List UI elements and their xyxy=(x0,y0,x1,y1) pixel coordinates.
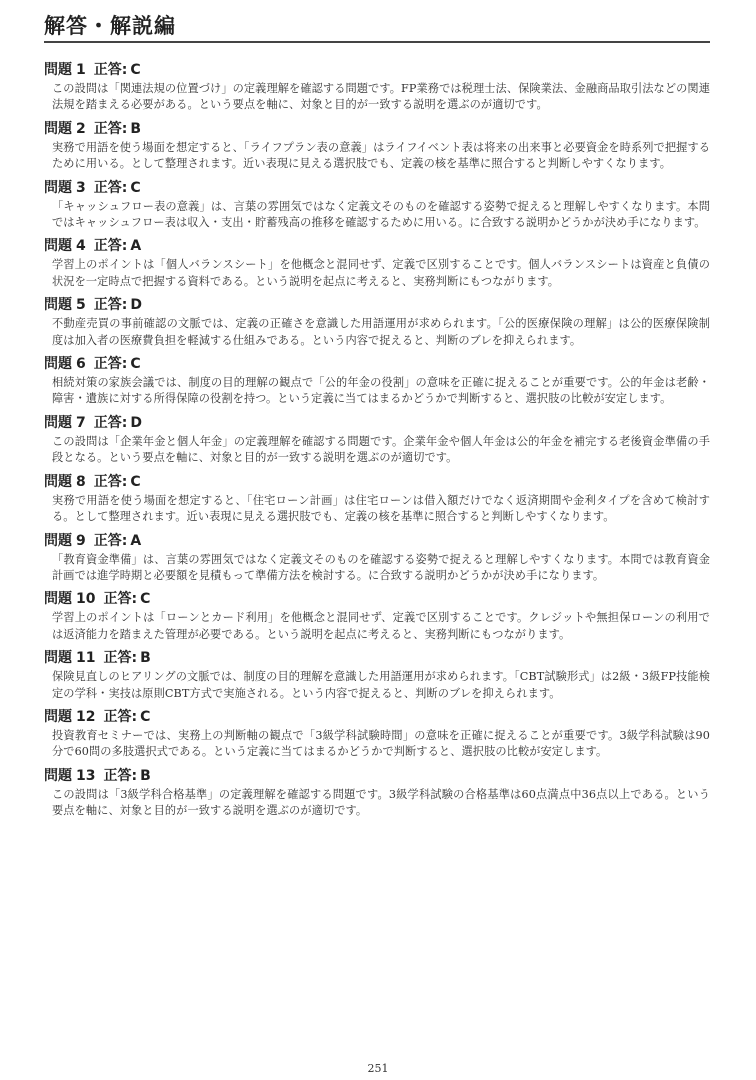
explanation-text: 保険見直しのヒアリングの文脈では、制度の目的理解を意識した用語運用が求められます… xyxy=(52,669,710,702)
title-divider xyxy=(44,41,710,43)
answer-item: 問題4正答:A学習上のポイントは「個人バランスシート」を他概念と混同せず、定義で… xyxy=(44,237,710,290)
question-label: 問題 xyxy=(44,297,72,313)
answer-item: 問題13正答:Bこの設問は「3級学科合格基準」の定義理解を確認する問題です。3級… xyxy=(44,767,710,820)
question-label: 問題 xyxy=(44,533,72,549)
explanation-text: 相続対策の家族会議では、制度の目的理解の観点で「公的年金の役割」の意味を正確に捉… xyxy=(52,375,710,408)
correct-answer: B xyxy=(130,121,141,137)
answer-label: 正答: xyxy=(94,415,128,431)
answer-item: 問題6正答:C相続対策の家族会議では、制度の目的理解の観点で「公的年金の役割」の… xyxy=(44,355,710,408)
answer-heading: 問題3正答:C xyxy=(44,179,710,197)
explanation-text: 「キャッシュフロー表の意義」は、言葉の雰囲気ではなく定義文そのものを確認する姿勢… xyxy=(52,199,710,232)
answer-item: 問題11正答:B保険見直しのヒアリングの文脈では、制度の目的理解を意識した用語運… xyxy=(44,649,710,702)
page-number: 251 xyxy=(0,1062,756,1075)
explanation-text: 不動産売買の事前確認の文脈では、定義の正確さを意識した用語運用が求められます。「… xyxy=(52,316,710,349)
question-number: 12 xyxy=(76,709,95,725)
question-number: 8 xyxy=(76,474,86,490)
question-number: 11 xyxy=(76,650,95,666)
answer-label: 正答: xyxy=(94,356,128,372)
answer-item: 問題3正答:C「キャッシュフロー表の意義」は、言葉の雰囲気ではなく定義文そのもの… xyxy=(44,179,710,232)
explanation-text: 投資教育セミナーでは、実務上の判断軸の観点で「3級学科試験時間」の意味を正確に捉… xyxy=(52,728,710,761)
answer-heading: 問題6正答:C xyxy=(44,355,710,373)
question-label: 問題 xyxy=(44,238,72,254)
question-number: 3 xyxy=(76,180,86,196)
question-label: 問題 xyxy=(44,180,72,196)
answer-heading: 問題13正答:B xyxy=(44,767,710,785)
correct-answer: D xyxy=(130,415,142,431)
correct-answer: C xyxy=(130,62,140,78)
question-label: 問題 xyxy=(44,474,72,490)
answer-heading: 問題10正答:C xyxy=(44,590,710,608)
answer-item: 問題10正答:C学習上のポイントは「ローンとカード利用」を他概念と混同せず、定義… xyxy=(44,590,710,643)
answer-heading: 問題12正答:C xyxy=(44,708,710,726)
correct-answer: C xyxy=(140,591,150,607)
explanation-text: 実務で用語を使う場面を想定すると、「ライフプラン表の意義」はライフイベント表は将… xyxy=(52,140,710,173)
question-label: 問題 xyxy=(44,62,72,78)
question-number: 9 xyxy=(76,533,86,549)
answer-heading: 問題11正答:B xyxy=(44,649,710,667)
question-number: 10 xyxy=(76,591,95,607)
explanation-text: 学習上のポイントは「個人バランスシート」を他概念と混同せず、定義で区別することで… xyxy=(52,257,710,290)
explanation-text: 学習上のポイントは「ローンとカード利用」を他概念と混同せず、定義で区別することで… xyxy=(52,610,710,643)
answer-label: 正答: xyxy=(94,62,128,78)
question-label: 問題 xyxy=(44,121,72,137)
correct-answer: D xyxy=(130,297,142,313)
question-label: 問題 xyxy=(44,415,72,431)
question-label: 問題 xyxy=(44,709,72,725)
question-number: 6 xyxy=(76,356,86,372)
question-number: 1 xyxy=(76,62,86,78)
question-label: 問題 xyxy=(44,650,72,666)
answer-label: 正答: xyxy=(103,709,137,725)
answer-item: 問題5正答:D不動産売買の事前確認の文脈では、定義の正確さを意識した用語運用が求… xyxy=(44,296,710,349)
answer-label: 正答: xyxy=(94,297,128,313)
explanation-text: 実務で用語を使う場面を想定すると、「住宅ローン計画」は住宅ローンは借入額だけでな… xyxy=(52,493,710,526)
answer-heading: 問題4正答:A xyxy=(44,237,710,255)
question-number: 5 xyxy=(76,297,86,313)
correct-answer: A xyxy=(130,533,141,549)
correct-answer: C xyxy=(140,709,150,725)
answer-heading: 問題2正答:B xyxy=(44,120,710,138)
answer-heading: 問題5正答:D xyxy=(44,296,710,314)
answer-heading: 問題1正答:C xyxy=(44,61,710,79)
question-number: 2 xyxy=(76,121,86,137)
answer-heading: 問題9正答:A xyxy=(44,532,710,550)
question-number: 13 xyxy=(76,768,95,784)
question-number: 7 xyxy=(76,415,86,431)
correct-answer: C xyxy=(130,180,140,196)
answer-heading: 問題8正答:C xyxy=(44,473,710,491)
answer-item: 問題1正答:Cこの設問は「関連法規の位置づけ」の定義理解を確認する問題です。FP… xyxy=(44,61,710,114)
correct-answer: A xyxy=(130,238,141,254)
page-title: 解答・解説編 xyxy=(44,10,176,40)
answer-label: 正答: xyxy=(103,768,137,784)
correct-answer: C xyxy=(130,356,140,372)
answer-label: 正答: xyxy=(103,650,137,666)
question-label: 問題 xyxy=(44,591,72,607)
answer-item: 問題9正答:A「教育資金準備」は、言葉の雰囲気ではなく定義文そのものを確認する姿… xyxy=(44,532,710,585)
question-number: 4 xyxy=(76,238,86,254)
explanation-text: 「教育資金準備」は、言葉の雰囲気ではなく定義文そのものを確認する姿勢で捉えると理… xyxy=(52,552,710,585)
answer-label: 正答: xyxy=(94,238,128,254)
correct-answer: B xyxy=(140,650,151,666)
explanation-text: この設問は「企業年金と個人年金」の定義理解を確認する問題です。企業年金や個人年金… xyxy=(52,434,710,467)
answer-label: 正答: xyxy=(94,474,128,490)
correct-answer: C xyxy=(130,474,140,490)
correct-answer: B xyxy=(140,768,151,784)
answer-item: 問題2正答:B実務で用語を使う場面を想定すると、「ライフプラン表の意義」はライフ… xyxy=(44,120,710,173)
answer-heading: 問題7正答:D xyxy=(44,414,710,432)
answer-item: 問題12正答:C投資教育セミナーでは、実務上の判断軸の観点で「3級学科試験時間」… xyxy=(44,708,710,761)
answer-list: 問題1正答:Cこの設問は「関連法規の位置づけ」の定義理解を確認する問題です。FP… xyxy=(44,61,710,826)
answer-label: 正答: xyxy=(94,121,128,137)
question-label: 問題 xyxy=(44,768,72,784)
question-label: 問題 xyxy=(44,356,72,372)
answer-label: 正答: xyxy=(94,533,128,549)
explanation-text: この設問は「関連法規の位置づけ」の定義理解を確認する問題です。FP業務では税理士… xyxy=(52,81,710,114)
answer-item: 問題7正答:Dこの設問は「企業年金と個人年金」の定義理解を確認する問題です。企業… xyxy=(44,414,710,467)
answer-label: 正答: xyxy=(103,591,137,607)
answer-label: 正答: xyxy=(94,180,128,196)
answer-item: 問題8正答:C実務で用語を使う場面を想定すると、「住宅ローン計画」は住宅ローンは… xyxy=(44,473,710,526)
explanation-text: この設問は「3級学科合格基準」の定義理解を確認する問題です。3級学科試験の合格基… xyxy=(52,787,710,820)
